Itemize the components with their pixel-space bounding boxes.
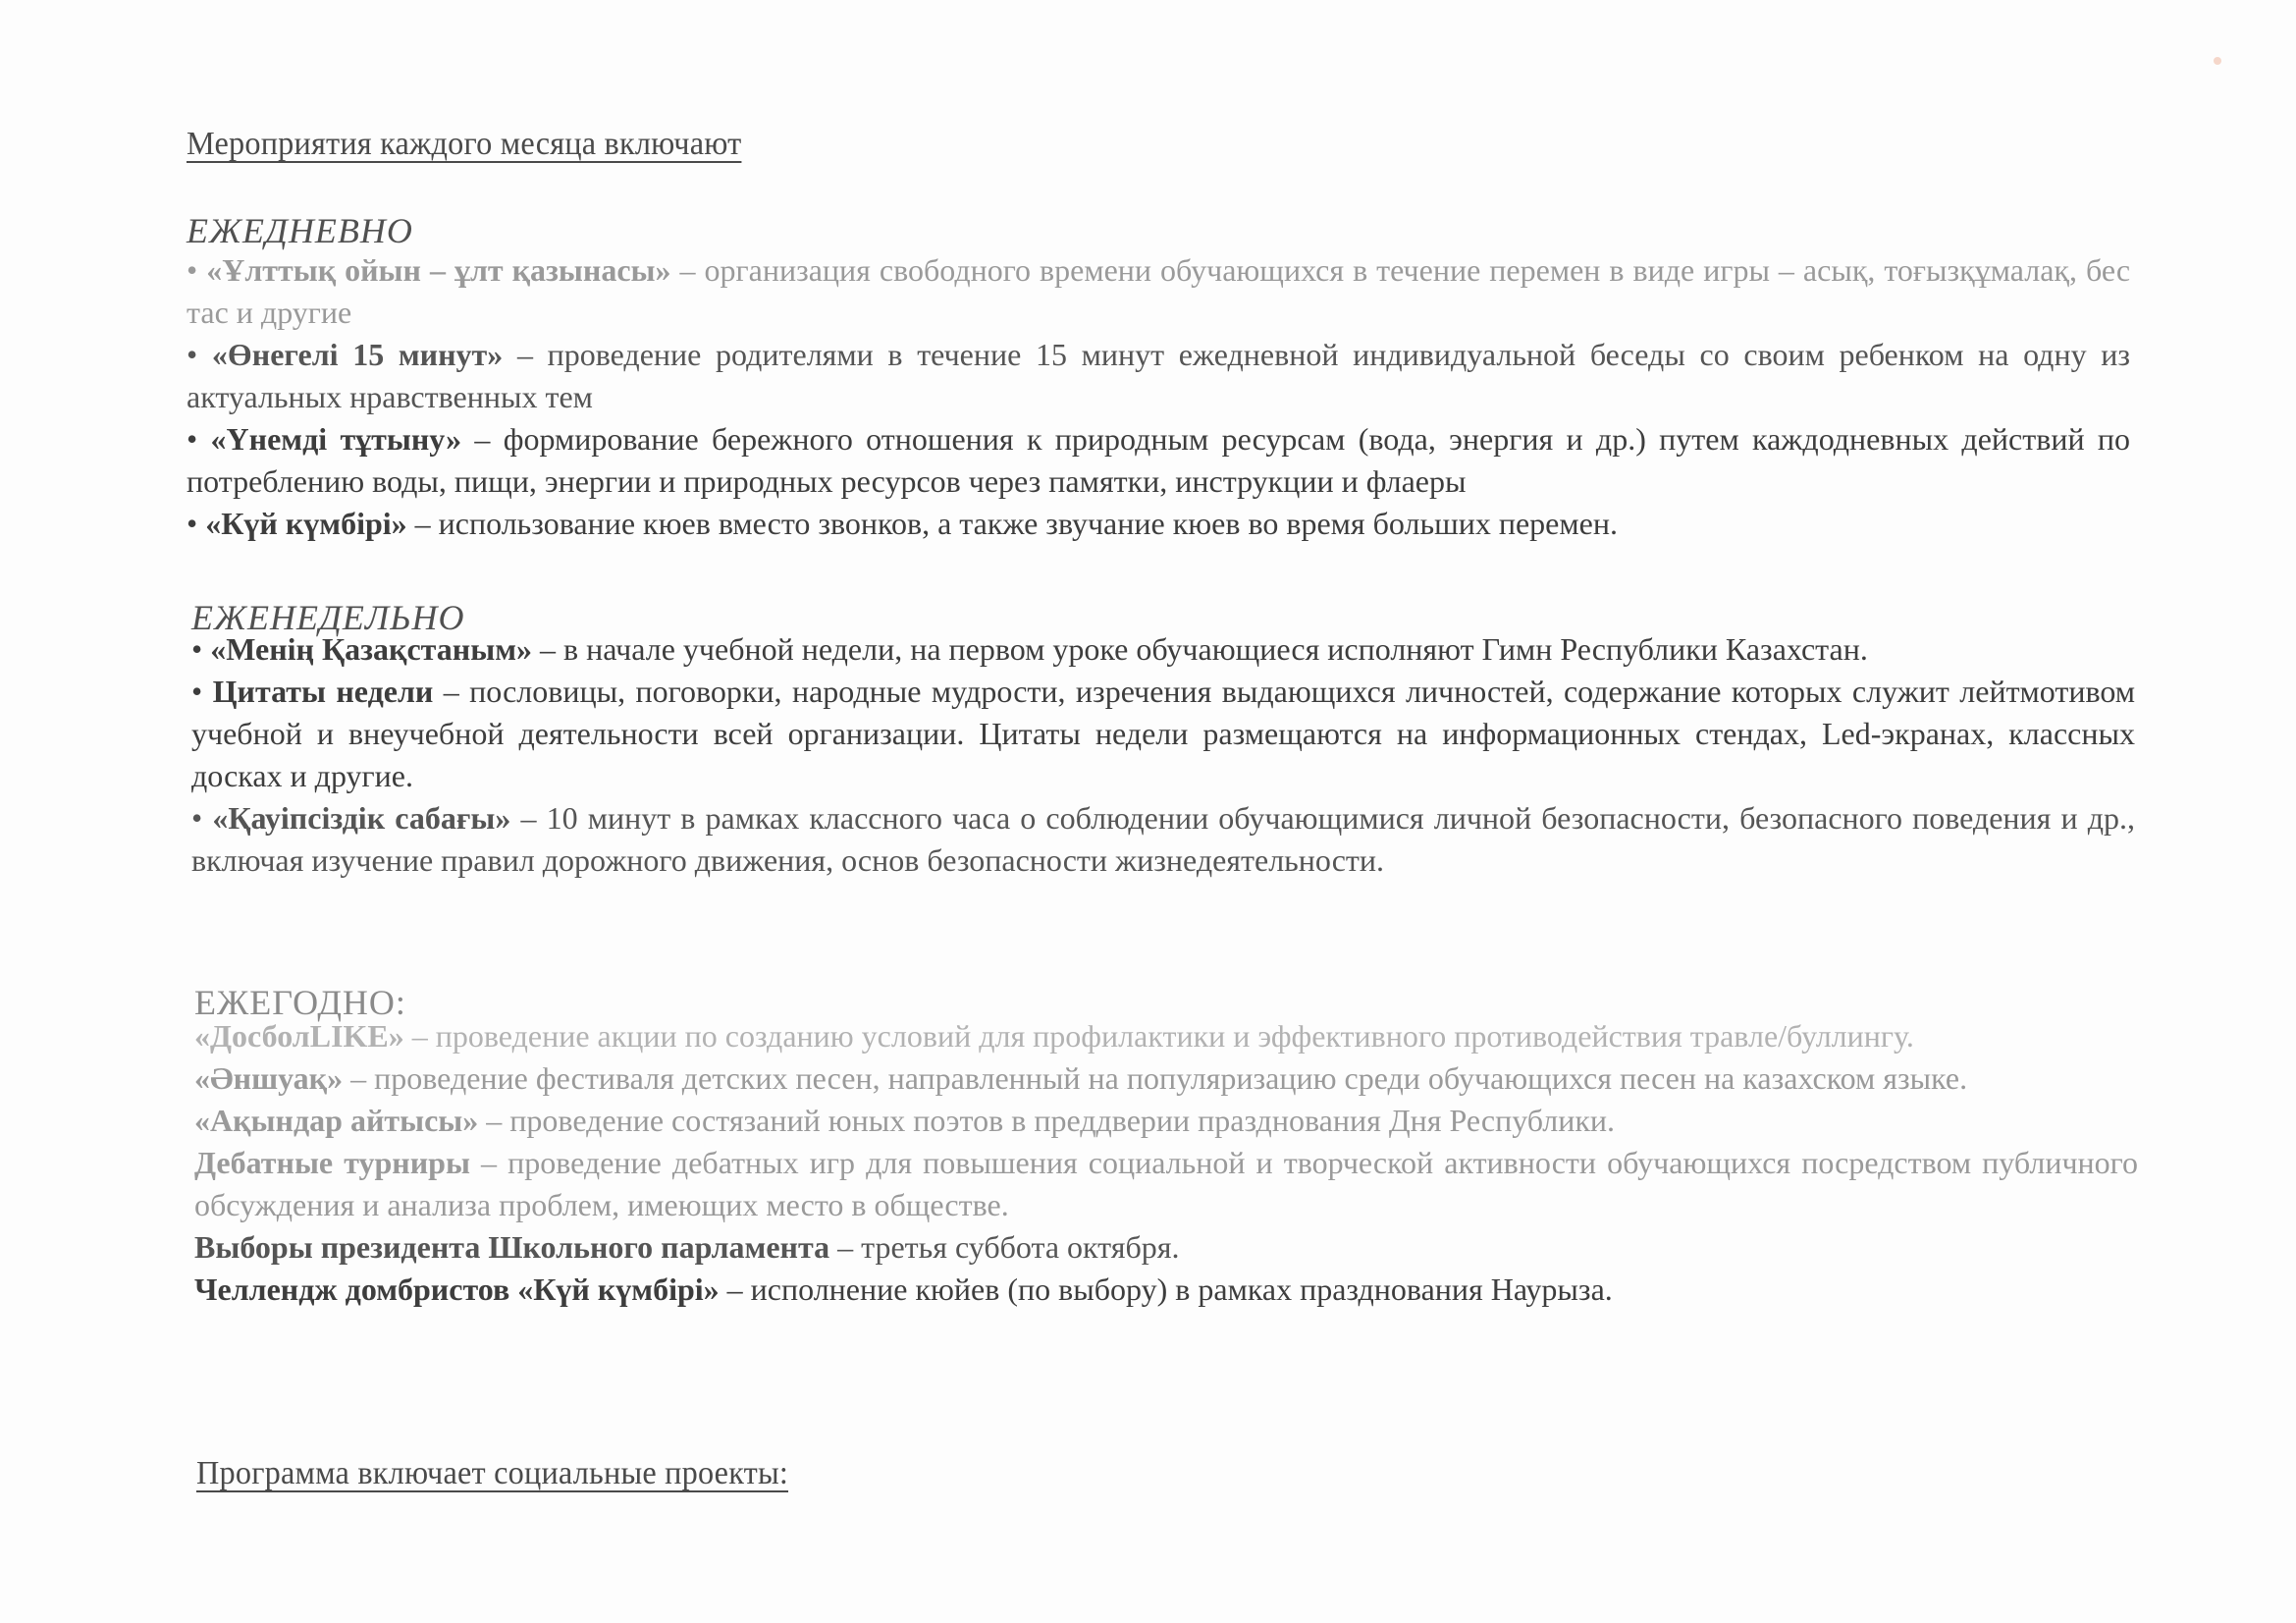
item-name: «Менің Қазақстаным» bbox=[210, 631, 532, 667]
item-name: «Әншуақ» bbox=[194, 1060, 343, 1096]
item-name: «Өнегелі 15 минут» bbox=[212, 337, 503, 372]
item-name: «Ұлттық ойын – ұлт қазынасы» bbox=[206, 252, 670, 288]
section-weekly-items: • «Менің Қазақстаным» – в начале учебной… bbox=[191, 628, 2135, 882]
item-name: «Ақындар айтысы» bbox=[194, 1103, 478, 1138]
item-name: «Күй күмбірі» bbox=[205, 506, 406, 541]
item-name: Выборы президента Школьного парламента bbox=[194, 1229, 829, 1265]
item-name: Челлендж домбристов «Күй күмбірі» bbox=[194, 1271, 720, 1307]
item-desc: – третья суббота октября. bbox=[829, 1229, 1179, 1265]
list-item: Выборы президента Школьного парламента –… bbox=[194, 1226, 2138, 1269]
section-yearly-items: «ДосболLIKE» – проведение акции по созда… bbox=[194, 1015, 2138, 1311]
list-item: • «Ұлттық ойын – ұлт қазынасы» – организ… bbox=[187, 249, 2130, 334]
item-name: Дебатные турниры bbox=[194, 1145, 470, 1180]
list-item: Челлендж домбристов «Күй күмбірі» – испо… bbox=[194, 1269, 2138, 1311]
item-name: «ДосболLIKE» bbox=[194, 1018, 404, 1054]
item-desc: – проведение состязаний юных поэтов в пр… bbox=[478, 1103, 1615, 1138]
list-item: • «Үнемді тұтыну» – формирование бережно… bbox=[187, 418, 2130, 503]
item-name: Цитаты недели bbox=[213, 674, 434, 709]
page-heading-top: Мероприятия каждого месяца включают bbox=[187, 126, 741, 163]
section-daily-items: • «Ұлттық ойын – ұлт қазынасы» – организ… bbox=[187, 249, 2130, 545]
list-item: «Әншуақ» – проведение фестиваля детских … bbox=[194, 1057, 2138, 1100]
list-item: • «Күй күмбірі» – использование кюев вме… bbox=[187, 503, 2130, 545]
page-heading-bottom: Программа включает социальные проекты: bbox=[196, 1455, 788, 1492]
list-item: • «Менің Қазақстаным» – в начале учебной… bbox=[191, 628, 2135, 671]
scan-speck bbox=[2214, 57, 2221, 65]
list-item: • Цитаты недели – пословицы, поговорки, … bbox=[191, 671, 2135, 797]
section-title-daily: ЕЖЕДНЕВНО bbox=[187, 210, 413, 251]
list-item: «Ақындар айтысы» – проведение состязаний… bbox=[194, 1100, 2138, 1142]
list-item: • «Қауіпсіздік сабағы» – 10 минут в рамк… bbox=[191, 797, 2135, 882]
list-item: • «Өнегелі 15 минут» – проведение родите… bbox=[187, 334, 2130, 418]
item-desc: – исполнение кюйев (по выбору) в рамках … bbox=[720, 1271, 1613, 1307]
item-desc: – проведение акции по созданию условий д… bbox=[404, 1018, 1914, 1054]
item-desc: – использование кюев вместо звонков, а т… bbox=[407, 506, 1618, 541]
item-desc: – проведение дебатных игр для повышения … bbox=[194, 1145, 2138, 1222]
item-desc: – в начале учебной недели, на первом уро… bbox=[532, 631, 1868, 667]
item-desc: – формирование бережного отношения к при… bbox=[187, 421, 2130, 499]
list-item: «ДосболLIKE» – проведение акции по созда… bbox=[194, 1015, 2138, 1057]
item-name: «Үнемді тұтыну» bbox=[211, 421, 462, 457]
list-item: Дебатные турниры – проведение дебатных и… bbox=[194, 1142, 2138, 1226]
item-desc: – проведение фестиваля детских песен, на… bbox=[343, 1060, 1967, 1096]
scanned-page: Мероприятия каждого месяца включают ЕЖЕД… bbox=[0, 0, 2296, 1623]
item-desc: – пословицы, поговорки, народные мудрост… bbox=[191, 674, 2135, 793]
item-name: «Қауіпсіздік сабағы» bbox=[212, 800, 510, 836]
